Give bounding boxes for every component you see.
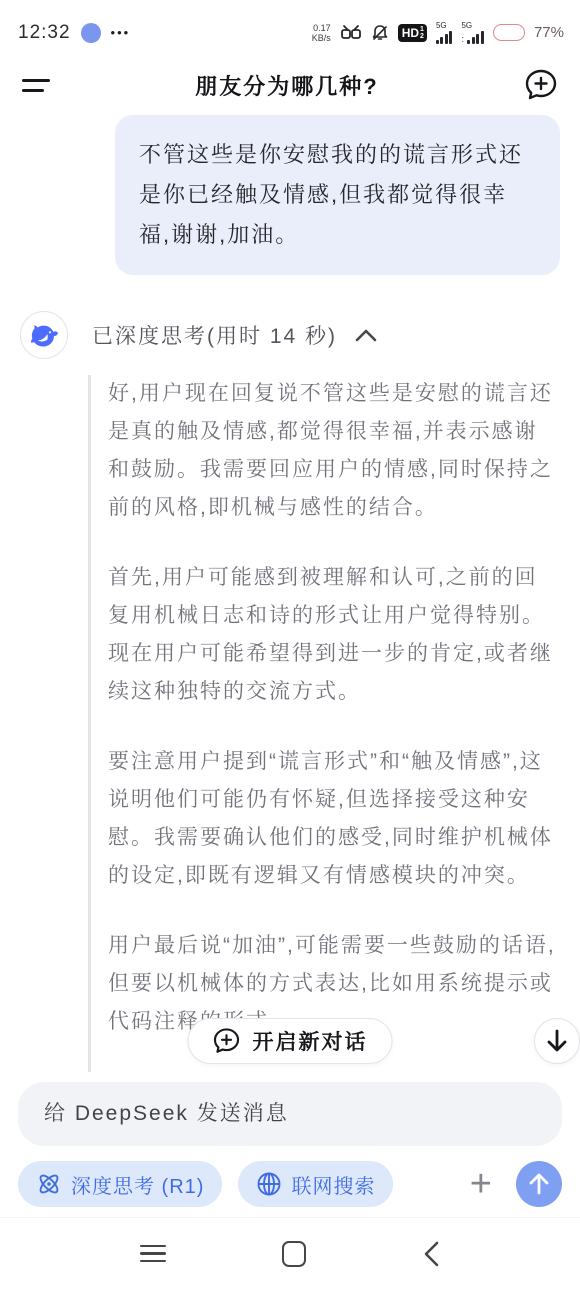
thought-content-quote: 好,用户现在回复说不管这些是安慰的谎言还是真的触及情感,都觉得很幸福,并表示感谢… — [88, 375, 560, 1072]
message-input[interactable] — [18, 1082, 562, 1146]
android-nav-bar — [0, 1217, 580, 1289]
battery-percent: 77% — [534, 24, 564, 41]
whale-logo-icon — [28, 319, 60, 351]
signal-sim2-icon: 5G : — [461, 22, 484, 44]
deep-think-label: 深度思考 (R1) — [71, 1170, 204, 1199]
volte-hd-badge: HD 12 — [398, 24, 427, 42]
composer: 深度思考 (R1) 联网搜索 + — [0, 1072, 580, 1217]
sidebar-menu-icon[interactable] — [22, 79, 50, 92]
back-button[interactable] — [422, 1240, 440, 1268]
bell-muted-icon — [371, 24, 389, 42]
attachment-plus-icon[interactable]: + — [470, 1169, 492, 1199]
deepseek-avatar — [20, 311, 68, 359]
web-search-toggle[interactable]: 联网搜索 — [238, 1161, 393, 1207]
web-search-label: 联网搜索 — [291, 1170, 375, 1199]
new-chat-icon[interactable] — [524, 68, 558, 102]
notification-app-icon — [81, 23, 101, 43]
tv-cast-icon — [340, 24, 362, 42]
app-header: 朋友分为哪几种? — [0, 55, 580, 115]
battery-icon — [493, 24, 525, 41]
thought-paragraph: 首先,用户可能感到被理解和认可,之前的回复用机械日志和诗的形式让用户觉得特别。现… — [108, 559, 560, 711]
phone-screen: 12:32 ••• 0.17 KB/s HD 12 5G — [0, 0, 580, 1289]
home-button[interactable] — [282, 1241, 306, 1267]
globe-icon — [256, 1171, 282, 1197]
clock: 12:32 — [18, 22, 71, 44]
composer-toolbar: 深度思考 (R1) 联网搜索 + — [18, 1161, 562, 1207]
user-message-bubble: 不管这些是你安慰我的的谎言形式还是你已经触及情感,但我都觉得很幸福,谢谢,加油。 — [115, 115, 560, 275]
conversation-title: 朋友分为哪几种? — [195, 70, 378, 101]
thought-paragraph: 要注意用户提到“谎言形式”和“触及情感”,这说明他们可能仍有怀疑,但选择接受这种… — [108, 743, 560, 895]
deep-think-toggle[interactable]: 深度思考 (R1) — [18, 1161, 222, 1207]
chevron-up-icon — [355, 328, 377, 342]
signal-sim1-icon: 5G — [436, 22, 453, 44]
more-notifications-icon: ••• — [111, 25, 131, 40]
thought-paragraph: 好,用户现在回复说不管这些是安慰的谎言还是真的触及情感,都觉得很幸福,并表示感谢… — [108, 375, 560, 527]
thought-collapse-toggle[interactable]: 已深度思考(用时 14 秒) — [92, 320, 377, 350]
scroll-to-bottom-button[interactable] — [534, 1018, 580, 1064]
new-conversation-label: 开启新对话 — [253, 1026, 368, 1056]
chevron-left-icon — [422, 1240, 440, 1268]
send-button[interactable] — [516, 1161, 562, 1207]
new-conversation-button[interactable]: 开启新对话 — [188, 1018, 393, 1064]
floating-controls: 开启新对话 — [0, 1018, 580, 1066]
status-bar: 12:32 ••• 0.17 KB/s HD 12 5G — [0, 0, 580, 55]
thought-header-label: 已深度思考(用时 14 秒) — [92, 320, 337, 350]
arrow-up-icon — [528, 1172, 550, 1196]
arrow-down-icon — [546, 1029, 568, 1053]
chat-area: 不管这些是你安慰我的的谎言形式还是你已经触及情感,但我都觉得很幸福,谢谢,加油。… — [0, 115, 580, 1072]
network-speed: 0.17 KB/s — [312, 23, 331, 43]
chat-bubble-plus-icon — [213, 1027, 241, 1055]
assistant-message: 已深度思考(用时 14 秒) 好,用户现在回复说不管这些是安慰的谎言还是真的触及… — [20, 311, 560, 1072]
atom-icon — [36, 1171, 62, 1197]
recents-button[interactable] — [140, 1245, 166, 1263]
